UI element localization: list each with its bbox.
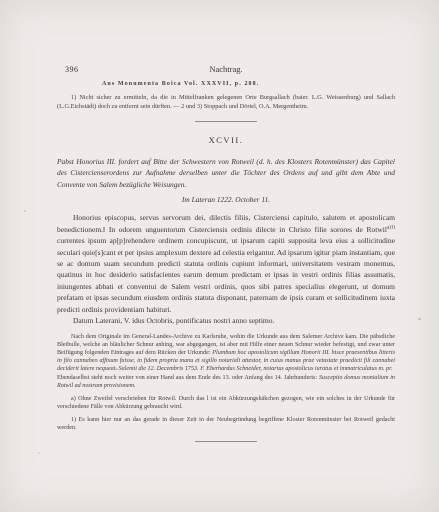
footnote-a: a) Ohne Zweifel verschrieben für Rotwil.… (57, 395, 395, 411)
text-block: 396 Nachtrag. Aus Monumenta Boica Vol. X… (57, 64, 395, 442)
dateline: Im Lateran 1222. October 11. (57, 195, 395, 204)
scan-artifact (116, 368, 118, 370)
charter-body-end: currentes ipsum ap[p]rehendere ordinem c… (57, 236, 395, 313)
scanned-page: 396 Nachtrag. Aus Monumenta Boica Vol. X… (0, 0, 439, 512)
section-number: XCVII. (57, 135, 395, 145)
section-divider-top (195, 121, 257, 122)
running-title: Nachtrag. (57, 64, 395, 74)
datum-line: Datum Laterani, V. idus Octobris, pontif… (57, 316, 395, 325)
charter-body: Honorius episcopus, servus servorum dei,… (57, 212, 395, 315)
footnote-marker: a)1) (387, 225, 395, 230)
scan-artifact (38, 452, 40, 454)
scan-artifact (24, 210, 26, 212)
charter-body-start: Honorius episcopus, servus servorum dei,… (57, 213, 395, 233)
footnote-1: 1) Es kann hier nur an das gerade in die… (57, 416, 395, 432)
top-footnote: 1) Nicht sicher zu ermitteln, da die in … (57, 94, 395, 111)
dorsal-note: Ebendaselbst steht noch weiter von einer… (57, 374, 395, 390)
section-divider-bottom (195, 441, 257, 442)
dorsal-note-german: Ebendaselbst steht noch weiter von einer… (57, 375, 319, 381)
provenance-note: Nach dem Originale im General-Landes-Arc… (57, 333, 395, 374)
regest-summary: Pabst Honorius III. fordert auf Bitte de… (57, 156, 395, 190)
page-header: 396 Nachtrag. (57, 64, 395, 75)
scan-artifact (418, 318, 421, 320)
source-citation: Aus Monumenta Boica Vol. XXXVII, p. 208. (57, 81, 395, 87)
